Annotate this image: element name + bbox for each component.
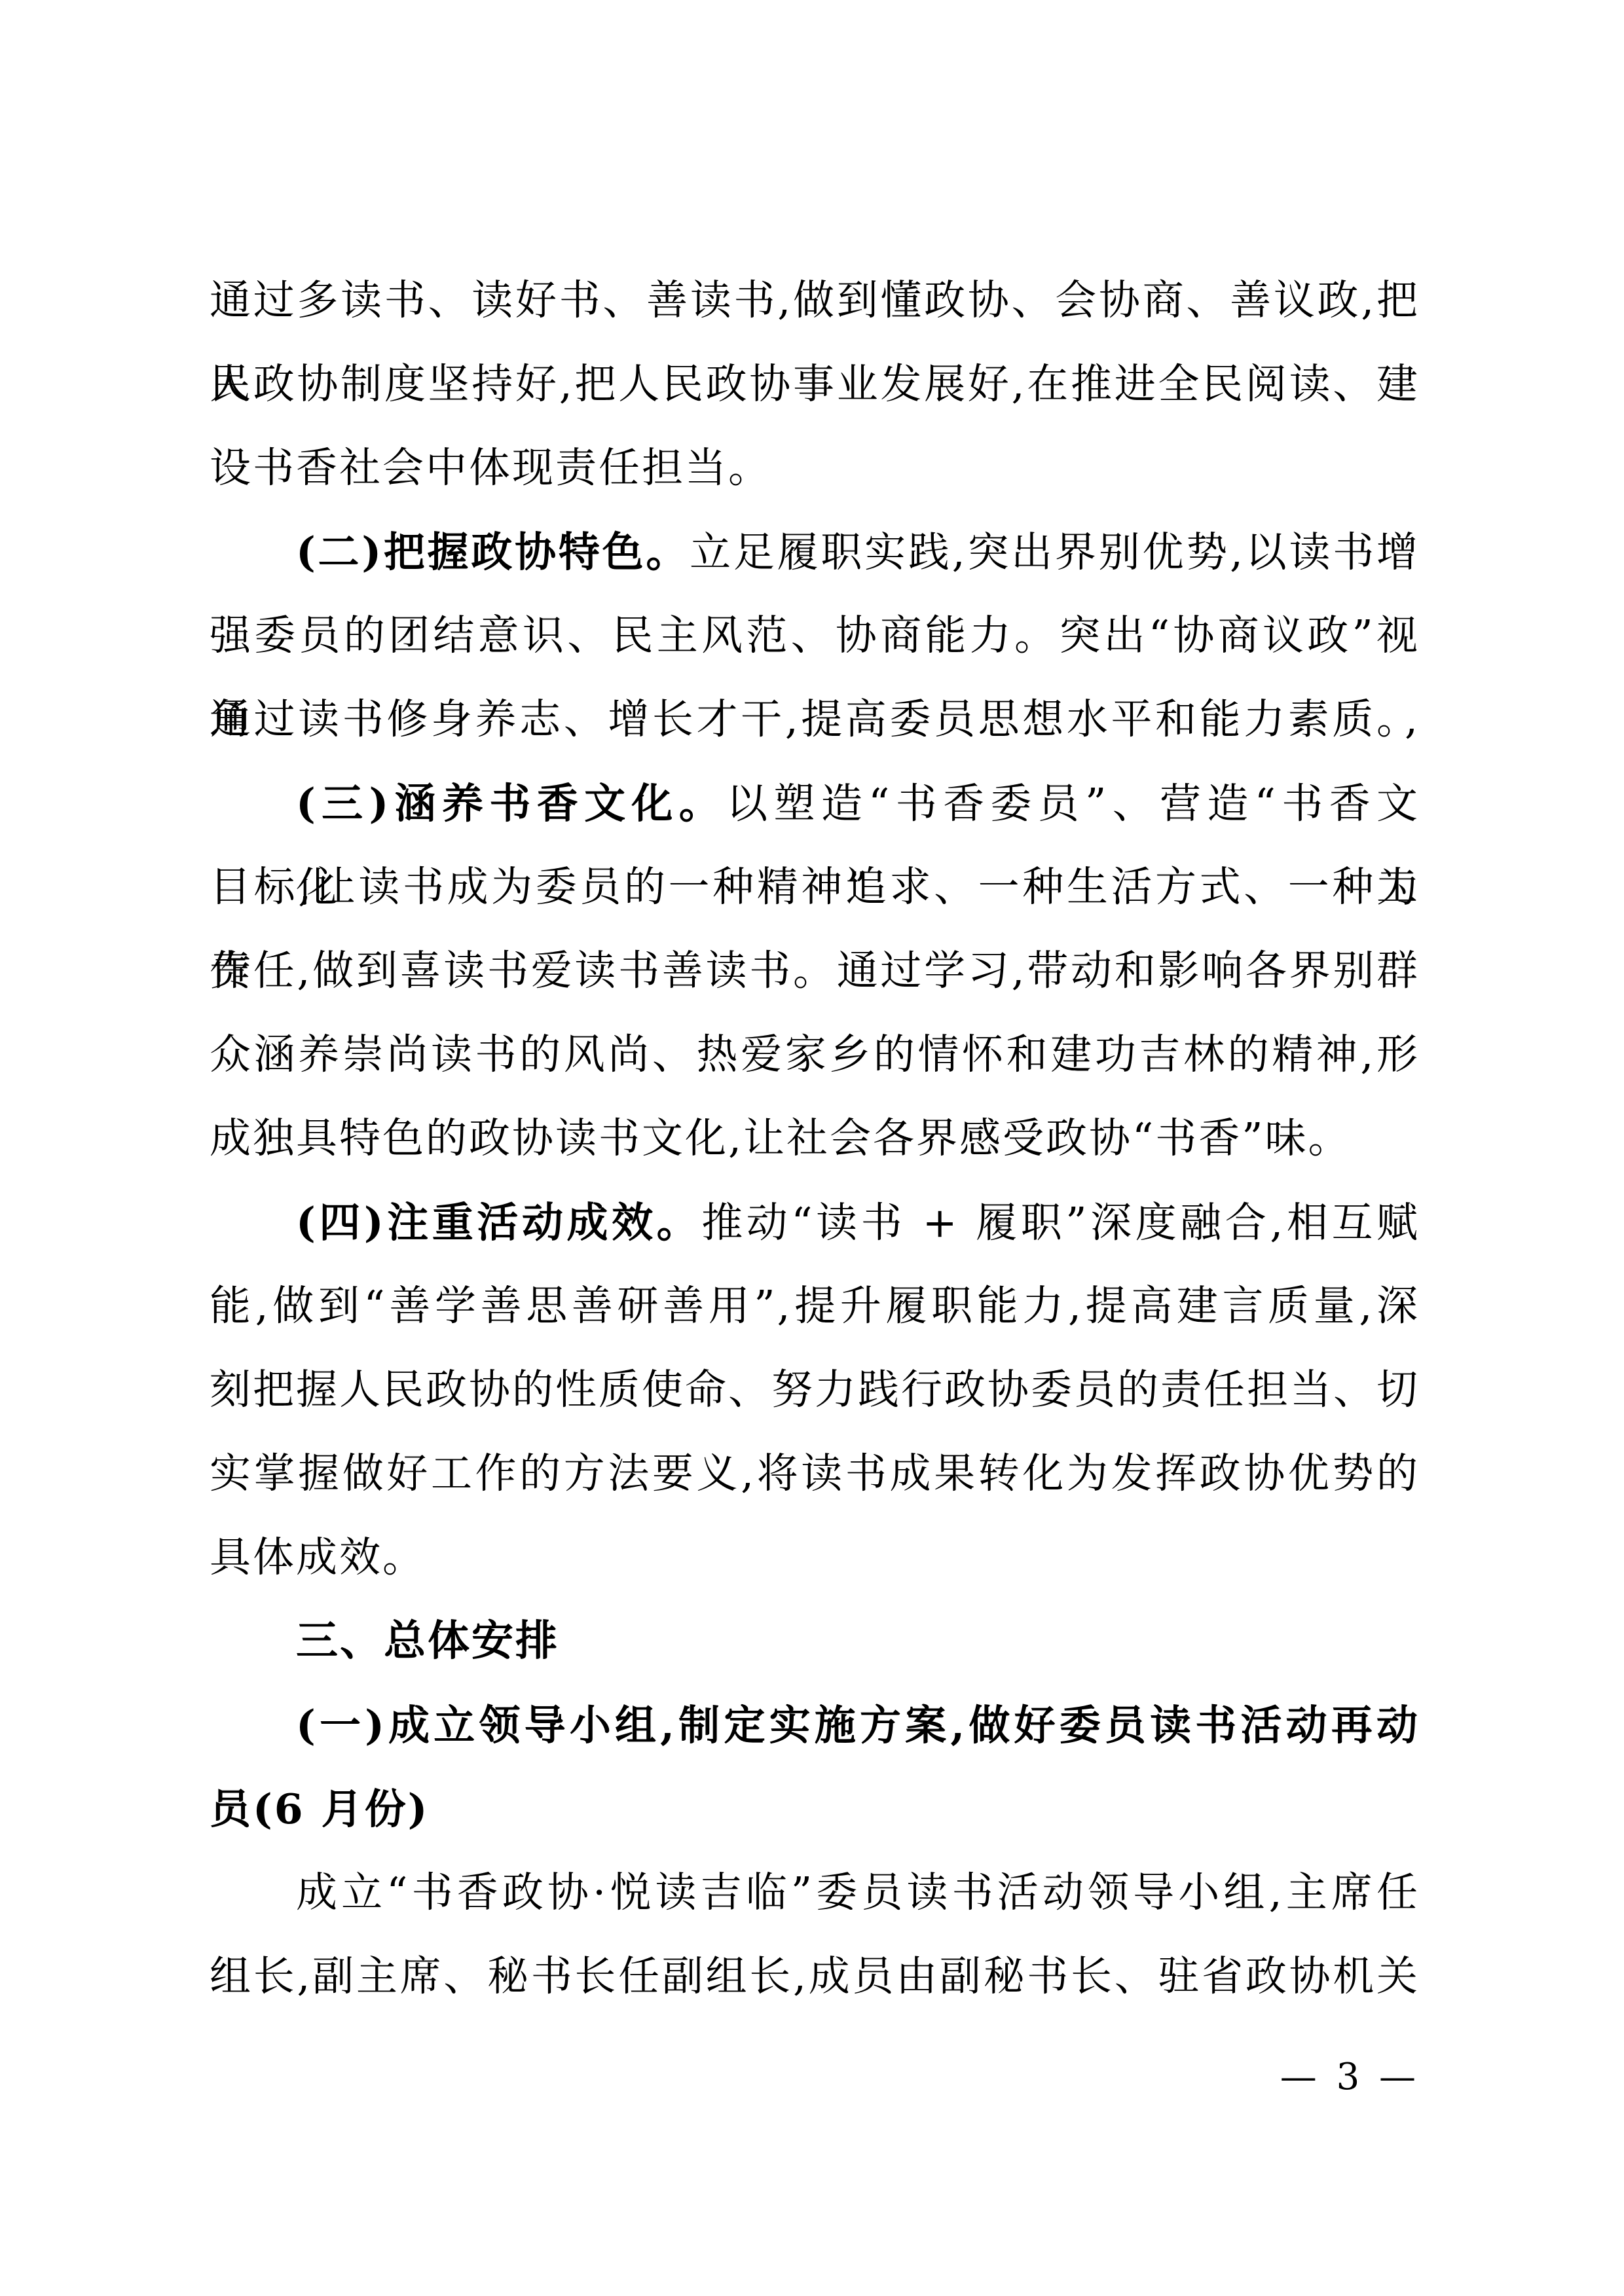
body-line: 强委员的团结意识、民主风范、协商能力。突出“协商议政”视角, xyxy=(210,594,1420,678)
body-line: 组长,副主席、秘书长任副组长,成员由副秘书长、驻省政协机关 xyxy=(210,1935,1420,2018)
subsection-line: (二)把握政协特色。立足履职实践,突出界别优势,以读书增 xyxy=(210,510,1420,594)
subsection-label: (四)注重活动成效。 xyxy=(296,1198,701,1247)
document-body: 通过多读书、读好书、善读书,做到懂政协、会协商、善议政,把人 民政协制度坚持好,… xyxy=(210,259,1420,2018)
subsection-label: (二)把握政协特色。 xyxy=(296,528,690,576)
subsection-label: (一)成立领导小组,制定实施方案,做好委员读书活动再动 xyxy=(296,1701,1420,1749)
subsection-line: 员(6 月份) xyxy=(210,1767,1420,1851)
page-number: — 3 — xyxy=(210,2054,1420,2100)
body-line: 实掌握做好工作的方法要义,将读书成果转化为发挥政协优势的 xyxy=(210,1432,1420,1516)
line-text: 众涵养崇尚读书的风尚、热爱家乡的情怀和建功吉林的精神,形 xyxy=(210,1030,1420,1078)
body-line: 通过多读书、读好书、善读书,做到懂政协、会协商、善议政,把人 xyxy=(210,259,1420,342)
subsection-line: (三)涵养书香文化。以塑造“书香委员”、营造“书香文化”为 xyxy=(210,761,1420,845)
line-text: 责任,做到喜读书爱读书善读书。通过学习,带动和影响各界别群 xyxy=(210,947,1420,994)
body-line: 成立“书香政协·悦读吉临”委员读书活动领导小组,主席任 xyxy=(210,1851,1420,1935)
body-line: 责任,做到喜读书爱读书善读书。通过学习,带动和影响各界别群 xyxy=(210,929,1420,1013)
line-text: 推动“读书 + 履职”深度融合,相互赋 xyxy=(701,1199,1420,1247)
subsection-label: 员(6 月份) xyxy=(210,1785,429,1833)
line-text: 成独具特色的政协读书文化,让社会各界感受政协“书香”味。 xyxy=(210,1114,1351,1162)
body-line: 具体成效。 xyxy=(210,1516,1420,1599)
body-line: 成独具特色的政协读书文化,让社会各界感受政协“书香”味。 xyxy=(210,1097,1420,1180)
body-line: 能,做到“善学善思善研善用”,提升履职能力,提高建言质量,深 xyxy=(210,1264,1420,1348)
body-line: 众涵养崇尚读书的风尚、热爱家乡的情怀和建功吉林的精神,形 xyxy=(210,1013,1420,1097)
body-line: 民政协制度坚持好,把人民政协事业发展好,在推进全民阅读、建 xyxy=(210,342,1420,426)
line-text: 通过读书修身养志、增长才干,提高委员思想水平和能力素质。 xyxy=(210,695,1420,743)
section-heading-text: 三、总体安排 xyxy=(296,1617,559,1666)
line-text: 立足履职实践,突出界别优势,以读书增 xyxy=(690,528,1420,576)
body-line: 目标,让读书成为委员的一种精神追求、一种生活方式、一种工作 xyxy=(210,845,1420,929)
line-text: 组长,副主席、秘书长任副组长,成员由副秘书长、驻省政协机关 xyxy=(210,1952,1420,2000)
line-text: 成立“书香政协·悦读吉临”委员读书活动领导小组,主席任 xyxy=(296,1868,1420,1916)
line-text: 刻把握人民政协的性质使命、努力践行政协委员的责任担当、切 xyxy=(210,1366,1420,1413)
subsection-line: (四)注重活动成效。推动“读书 + 履职”深度融合,相互赋 xyxy=(210,1180,1420,1264)
line-text: 能,做到“善学善思善研善用”,提升履职能力,提高建言质量,深 xyxy=(210,1282,1420,1330)
line-text: 设书香社会中体现责任担当。 xyxy=(210,444,771,492)
line-text: 民政协制度坚持好,把人民政协事业发展好,在推进全民阅读、建 xyxy=(210,360,1420,408)
document-page: 通过多读书、读好书、善读书,做到懂政协、会协商、善议政,把人 民政协制度坚持好,… xyxy=(0,0,1624,2296)
line-text: 实掌握做好工作的方法要义,将读书成果转化为发挥政协优势的 xyxy=(210,1449,1420,1497)
subsection-line: (一)成立领导小组,制定实施方案,做好委员读书活动再动 xyxy=(210,1683,1420,1767)
body-line: 设书香社会中体现责任担当。 xyxy=(210,426,1420,510)
body-line: 通过读书修身养志、增长才干,提高委员思想水平和能力素质。 xyxy=(210,678,1420,761)
line-text: 具体成效。 xyxy=(210,1533,426,1581)
body-line: 刻把握人民政协的性质使命、努力践行政协委员的责任担当、切 xyxy=(210,1348,1420,1432)
section-heading: 三、总体安排 xyxy=(210,1599,1420,1683)
subsection-label: (三)涵养书香文化。 xyxy=(296,779,726,828)
